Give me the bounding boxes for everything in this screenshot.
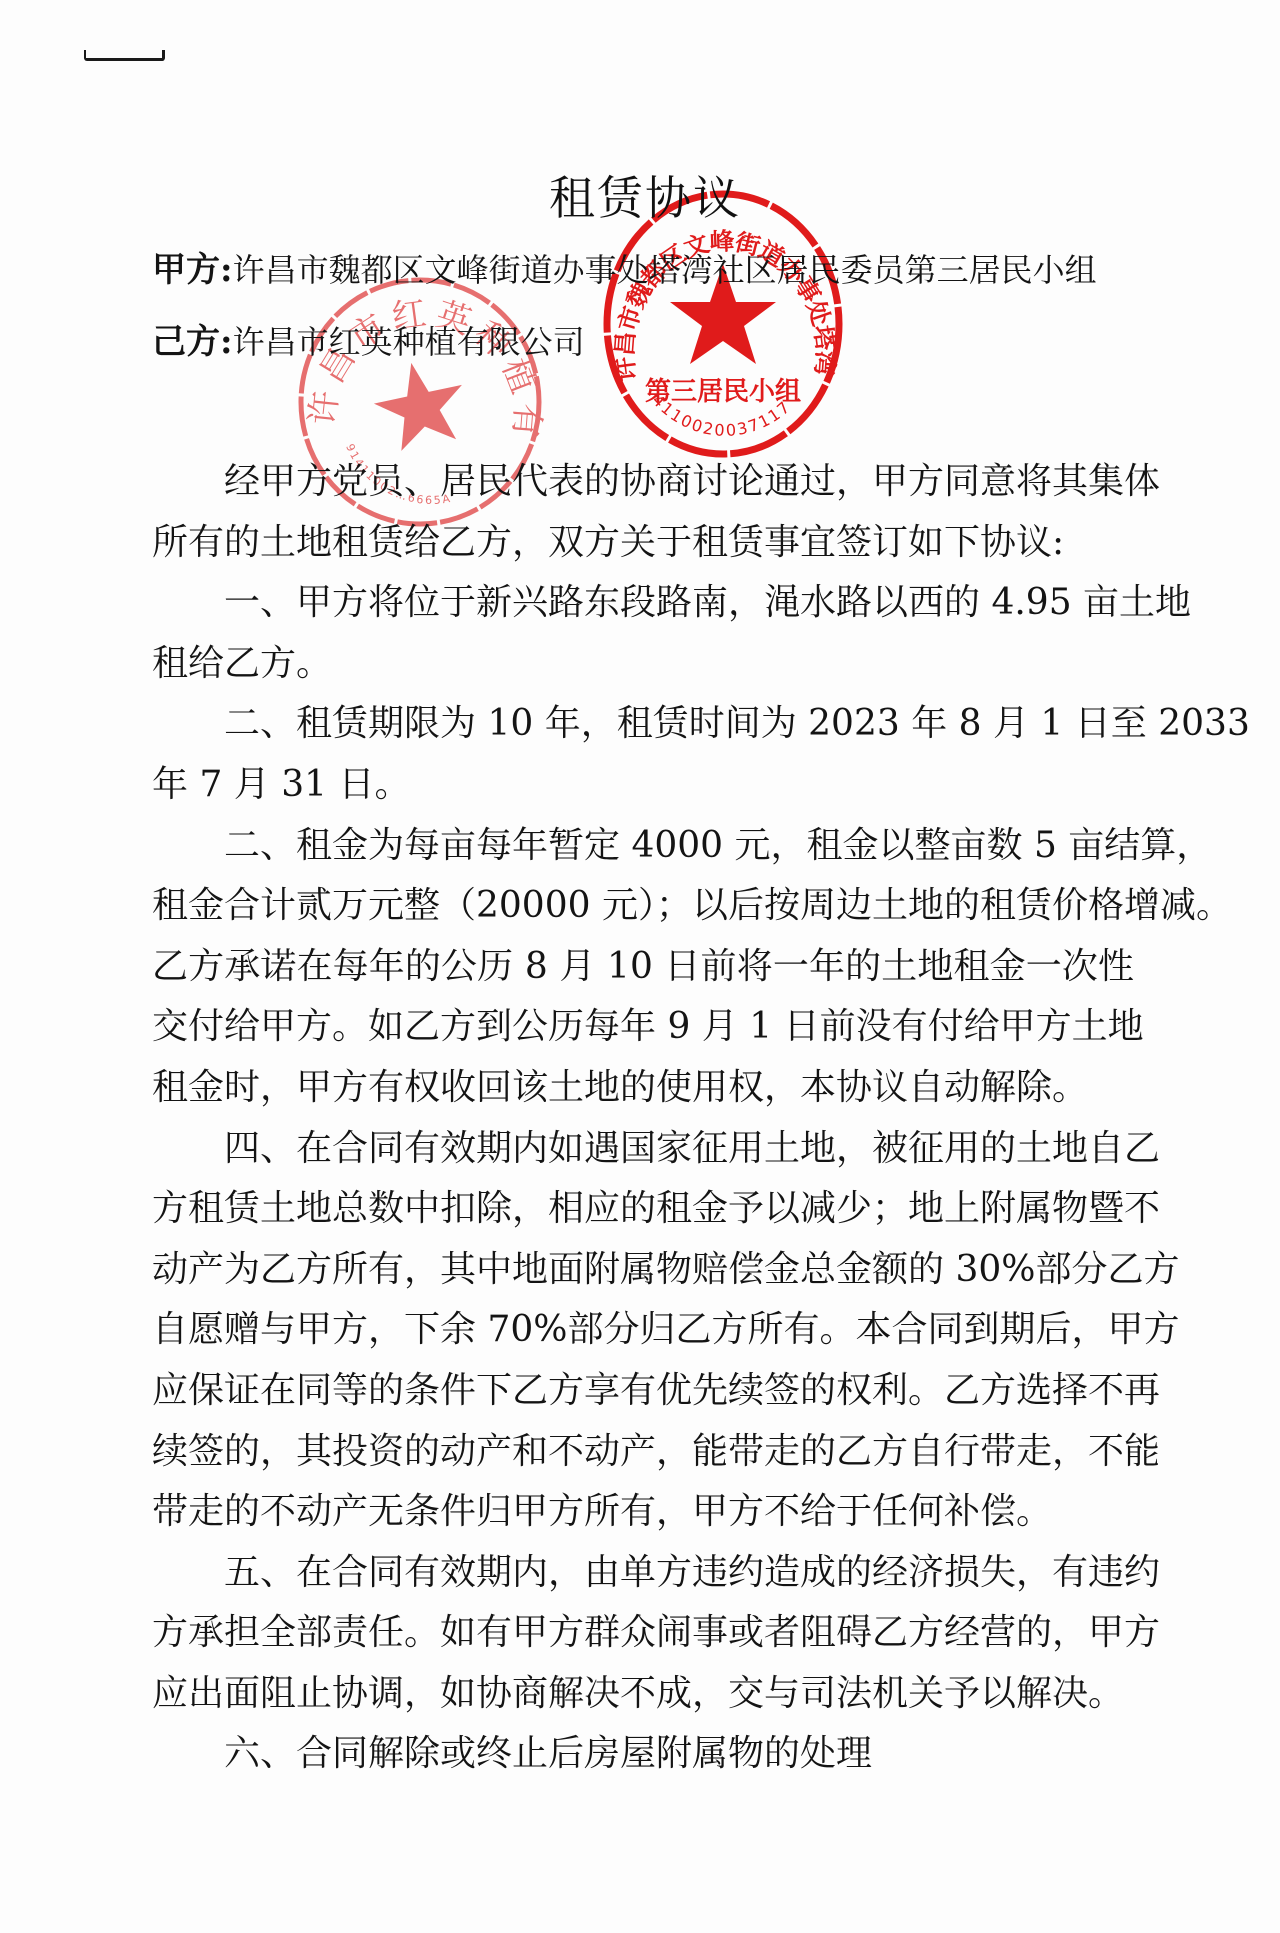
paragraph-line: 应保证在同等的条件下乙方享有优先续签的权利。乙方选择不再 (152, 1361, 1134, 1422)
clause-1: 一、甲方将位于新兴路东段路南，渑水路以西的 4.95 亩土地 租给乙方。 (152, 573, 1134, 694)
document-page: 租赁协议 甲方:许昌市魏都区文峰街道办事处塔湾社区居民委员第三居民小组 己方:许… (0, 0, 1280, 1933)
paragraph-line: 年 7 月 31 日。 (152, 755, 1134, 816)
paragraph-line: 所有的土地租赁给乙方，双方关于租赁事宜签订如下协议: (152, 513, 1134, 574)
paragraph-line: 方租赁土地总数中扣除，相应的租金予以减少；地上附属物暨不 (152, 1179, 1134, 1240)
paragraph-line: 六、合同解除或终止后房屋附属物的处理 (152, 1724, 1134, 1785)
clause-2-term: 二、租赁期限为 10 年，租赁时间为 2023 年 8 月 1 日至 2033 … (152, 694, 1134, 815)
committee-seal-graphic: 许昌市魏都区文峰街道办事处塔湾社区居民委员会 第三居民小组 4110020037… (602, 190, 844, 458)
party-a-name: 许昌市魏都区文峰街道办事处塔湾社区居民委员第三居民小组 (233, 251, 1097, 289)
clause-5: 五、在合同有效期内，由单方违约造成的经济损失，有违约 方承担全部责任。如有甲方群… (152, 1543, 1134, 1725)
paragraph-line: 自愿赠与甲方，下余 70%部分归乙方所有。本合同到期后，甲方 (152, 1300, 1134, 1361)
document-title: 租赁协议 (0, 162, 1280, 228)
corner-mark (84, 50, 165, 61)
paragraph-line: 五、在合同有效期内，由单方违约造成的经济损失，有违约 (152, 1543, 1134, 1604)
paragraph-line: 乙方承诺在每年的公历 8 月 10 日前将一年的土地租金一次性 (152, 937, 1134, 998)
paragraph-line: 带走的不动产无条件归甲方所有，甲方不给于任何补偿。 (152, 1482, 1134, 1543)
committee-seal: 许昌市魏都区文峰街道办事处塔湾社区居民委员会 第三居民小组 4110020037… (602, 190, 844, 458)
paragraph-line: 租金合计贰万元整（20000 元）；以后按周边土地的租赁价格增减。 (152, 876, 1134, 937)
paragraph-line: 四、在合同有效期内如遇国家征用土地，被征用的土地自乙 (152, 1119, 1134, 1180)
paragraph-line: 二、租金为每亩每年暂定 4000 元，租金以整亩数 5 亩结算， (152, 816, 1134, 877)
clause-6: 六、合同解除或终止后房屋附属物的处理 (152, 1724, 1134, 1785)
clause-4: 四、在合同有效期内如遇国家征用土地，被征用的土地自乙 方租赁土地总数中扣除，相应… (152, 1119, 1134, 1543)
paragraph-line: 动产为乙方所有，其中地面附属物赔偿金总金额的 30%部分乙方 (152, 1240, 1134, 1301)
party-a-label: 甲方: (152, 250, 233, 290)
clause-2-rent: 二、租金为每亩每年暂定 4000 元，租金以整亩数 5 亩结算， 租金合计贰万元… (152, 816, 1134, 1119)
party-b-name: 许昌市红英种植有限公司 (233, 323, 585, 361)
paragraph-line: 方承担全部责任。如有甲方群众闹事或者阻碍乙方经营的，甲方 (152, 1603, 1134, 1664)
paragraph-preamble: 经甲方党员、居民代表的协商讨论通过，甲方同意将其集体 所有的土地租赁给乙方，双方… (152, 452, 1134, 573)
paragraph-line: 租给乙方。 (152, 634, 1134, 695)
paragraph-line: 交付给甲方。如乙方到公历每年 9 月 1 日前没有付给甲方土地 (152, 997, 1134, 1058)
svg-text:4110020037117: 4110020037117 (648, 391, 794, 440)
paragraph-line: 租金时，甲方有权收回该土地的使用权，本协议自动解除。 (152, 1058, 1134, 1119)
paragraph-line: 应出面阻止协调，如协商解决不成，交与司法机关予以解决。 (152, 1664, 1134, 1725)
party-b-label: 己方: (152, 322, 233, 362)
paragraph-line: 二、租赁期限为 10 年，租赁时间为 2023 年 8 月 1 日至 2033 (152, 694, 1134, 755)
star-icon (367, 354, 472, 455)
paragraph-line: 经甲方党员、居民代表的协商讨论通过，甲方同意将其集体 (152, 452, 1134, 513)
paragraph-line: 续签的，其投资的动产和不动产，能带走的乙方自行带走，不能 (152, 1422, 1134, 1483)
committee-seal-code: 4110020037117 (648, 391, 794, 440)
committee-seal-center-text: 第三居民小组 (645, 377, 801, 407)
party-a-line: 甲方:许昌市魏都区文峰街道办事处塔湾社区居民委员第三居民小组 (152, 250, 1097, 290)
paragraph-line: 一、甲方将位于新兴路东段路南，渑水路以西的 4.95 亩土地 (152, 573, 1134, 634)
party-b-line: 己方:许昌市红英种植有限公司 (152, 322, 585, 362)
agreement-body: 经甲方党员、居民代表的协商讨论通过，甲方同意将其集体 所有的土地租赁给乙方，双方… (152, 452, 1134, 1785)
